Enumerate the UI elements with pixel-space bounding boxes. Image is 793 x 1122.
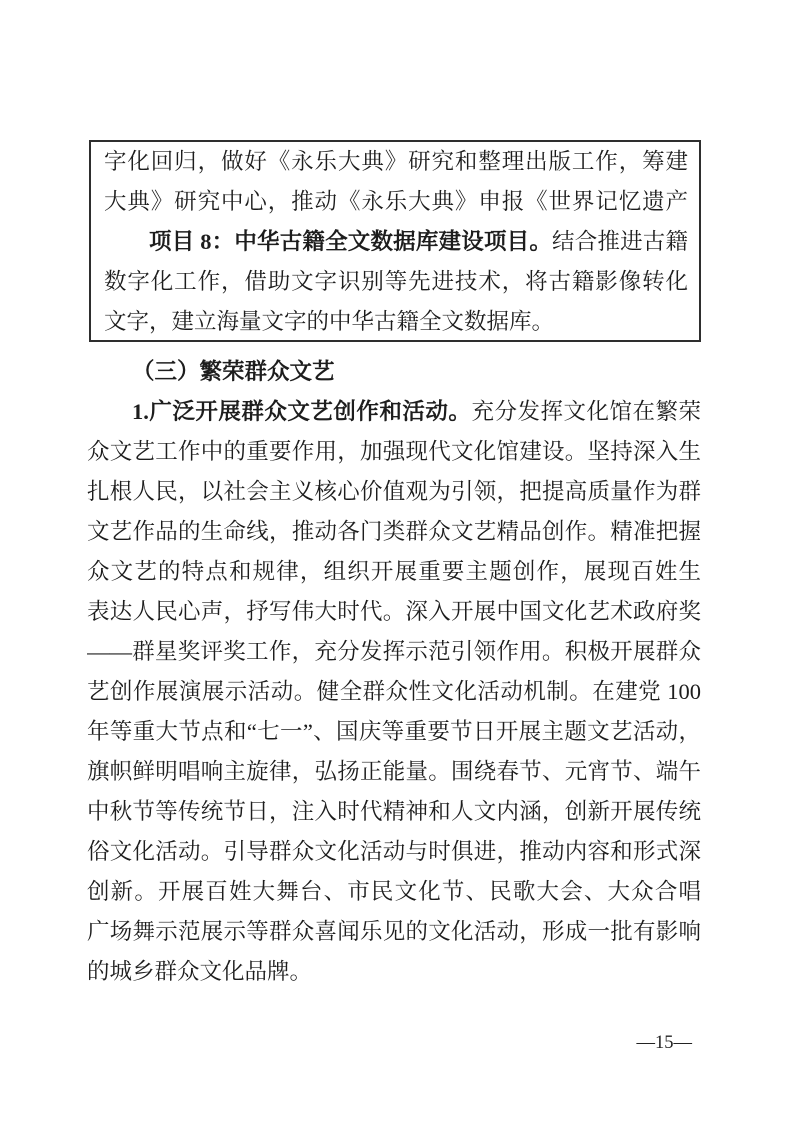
box-line-project: 项目 8：中华古籍全文数据库建设项目。结合推进古籍影像 bbox=[104, 222, 688, 262]
document-page: 字化回归，做好《永乐大典》研究和整理出版工作，筹建《永乐 大典》研究中心，推动《… bbox=[0, 0, 793, 1122]
project-box: 字化回归，做好《永乐大典》研究和整理出版工作，筹建《永乐 大典》研究中心，推动《… bbox=[89, 140, 701, 342]
paragraph-line: 俗文化活动。引导群众文化活动与时俱进，推动内容和形式深度 bbox=[87, 832, 701, 872]
box-line: 字化回归，做好《永乐大典》研究和整理出版工作，筹建《永乐 bbox=[104, 142, 688, 182]
paragraph-line: 年等重大节点和“七一”、国庆等重要节日开展主题文艺活动， bbox=[87, 712, 701, 752]
paragraph-line: 众文艺工作中的重要作用，加强现代文化馆建设。坚持深入生活， bbox=[87, 432, 701, 472]
project-8-title: 项目 8：中华古籍全文数据库建设项目。 bbox=[149, 229, 552, 254]
paragraph-line: 扎根人民，以社会主义核心价值观为引领，把提高质量作为群众 bbox=[87, 472, 701, 512]
paragraph-line: 艺创作展演展示活动。健全群众性文化活动机制。在建党 100 周 bbox=[87, 672, 701, 712]
paragraph-line: 文艺作品的生命线，推动各门类群众文艺精品创作。精准把握群 bbox=[87, 512, 701, 552]
box-line: 数字化工作，借助文字识别等先进技术，将古籍影像转化为编码 bbox=[104, 262, 688, 302]
paragraph-line: 创新。开展百姓大舞台、市民文化节、民歌大会、大众合唱节、 bbox=[87, 872, 701, 912]
section-three: （三）繁荣群众文艺 1.广泛开展群众文艺创作和活动。充分发挥文化馆在繁荣群 众文… bbox=[87, 352, 701, 992]
paragraph-line: 中秋节等传统节日，注入时代精神和人文内涵，创新开展传统民 bbox=[87, 792, 701, 832]
page-number: —15— bbox=[0, 1031, 692, 1055]
paragraph-line: 众文艺的特点和规律，组织开展重要主题创作，展现百姓生活， bbox=[87, 552, 701, 592]
paragraph-line: 表达人民心声，抒写伟大时代。深入开展中国文化艺术政府奖 bbox=[87, 592, 701, 632]
paragraph-lead: 1.广泛开展群众文艺创作和活动。 bbox=[132, 399, 471, 424]
paragraph-line: 1.广泛开展群众文艺创作和活动。充分发挥文化馆在繁荣群 bbox=[87, 392, 701, 432]
section-heading: （三）繁荣群众文艺 bbox=[87, 352, 701, 392]
paragraph-line: ——群星奖评奖工作，充分发挥示范引领作用。积极开展群众文 bbox=[87, 632, 701, 672]
paragraph-line: 旗帜鲜明唱响主旋律，弘扬正能量。围绕春节、元宵节、端午节、 bbox=[87, 752, 701, 792]
paragraph-line: 的城乡群众文化品牌。 bbox=[87, 952, 701, 992]
paragraph-line: 广场舞示范展示等群众喜闻乐见的文化活动，形成一批有影响力 bbox=[87, 912, 701, 952]
box-line: 文字，建立海量文字的中华古籍全文数据库。 bbox=[104, 302, 688, 342]
box-line: 大典》研究中心，推动《永乐大典》申报《世界记忆遗产名录》。 bbox=[104, 182, 688, 222]
